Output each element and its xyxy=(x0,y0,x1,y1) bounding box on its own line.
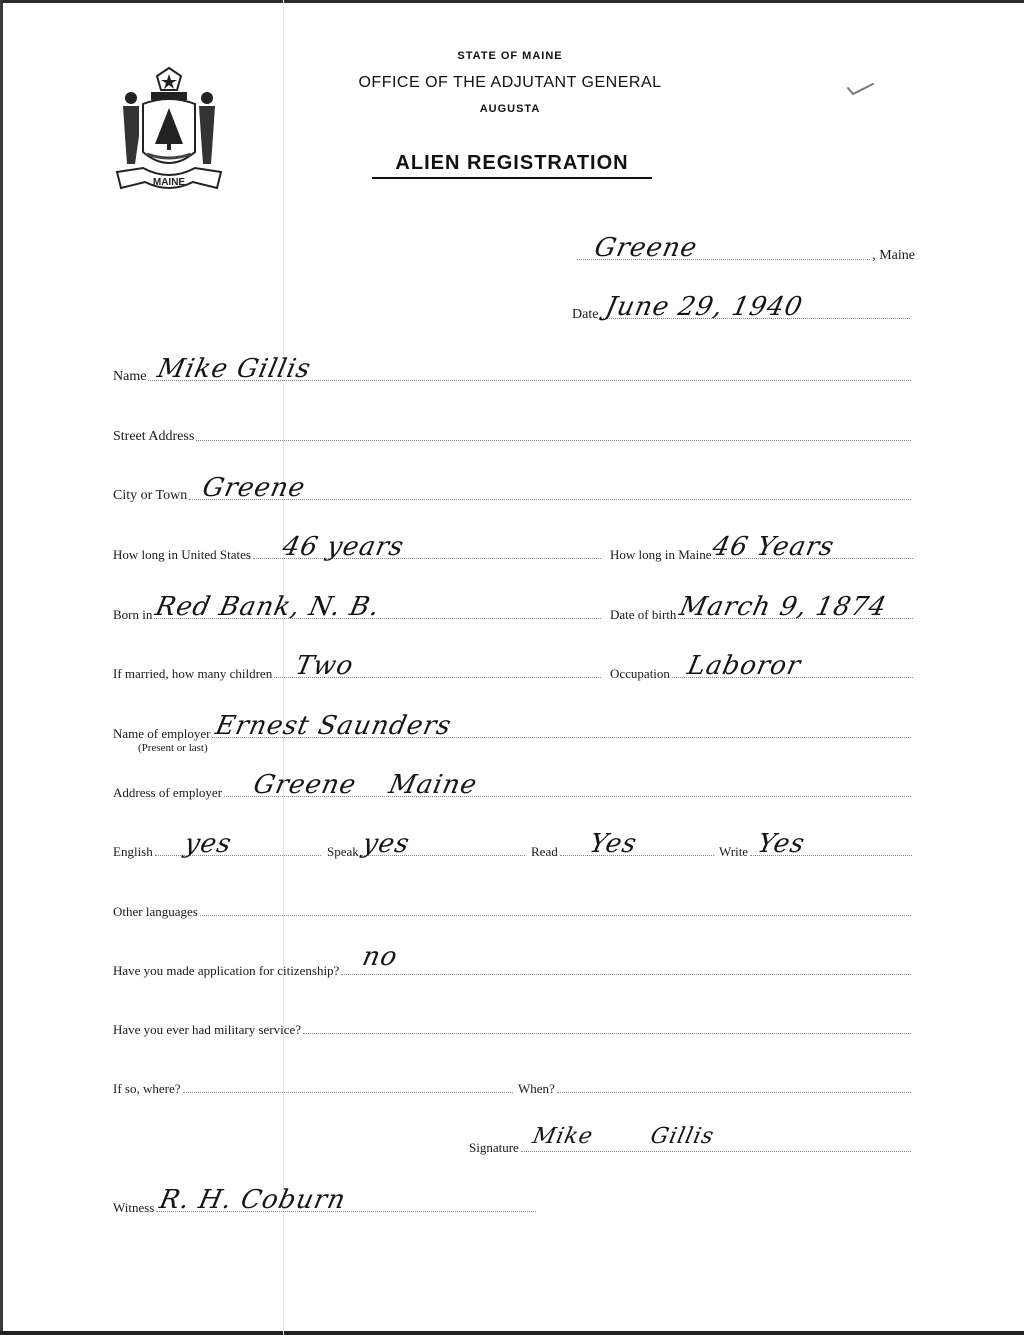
when-label: When? xyxy=(518,1081,555,1097)
born-in-value: Red Bank, N. B. xyxy=(153,592,383,622)
other-languages-label: Other languages xyxy=(113,904,198,920)
header-city: AUGUSTA xyxy=(330,103,690,115)
city-label: City or Town xyxy=(113,488,187,504)
signature-value: Mike Gillis xyxy=(530,1124,716,1149)
check-icon xyxy=(845,78,877,98)
name-field: Name Mike Gillis xyxy=(113,369,913,385)
read-label: Read xyxy=(531,844,558,860)
speak-label: Speak xyxy=(327,844,359,860)
english-field: English yes xyxy=(113,844,323,860)
place-value: Greene xyxy=(592,233,700,263)
write-label: Write xyxy=(719,844,748,860)
children-field: If married, how many children Two xyxy=(113,666,603,682)
header-state: STATE OF MAINE xyxy=(330,50,690,62)
date-of-birth-value: March 9, 1874 xyxy=(677,592,890,622)
date-label: Date xyxy=(572,307,598,323)
born-in-field: Born in Red Bank, N. B. xyxy=(113,607,603,623)
employer-address-field: Address of employer Greene Maine xyxy=(113,785,913,801)
date-field: Date June 29, 1940 xyxy=(572,307,912,323)
signature-field: Signature Mike Gillis xyxy=(469,1140,913,1156)
occupation-label: Occupation xyxy=(610,666,670,682)
city-field: City or Town Greene xyxy=(113,488,913,504)
header-office: OFFICE OF THE ADJUTANT GENERAL xyxy=(330,74,690,92)
city-value: Greene xyxy=(200,473,308,503)
signature-label: Signature xyxy=(469,1140,519,1156)
where-label: If so, where? xyxy=(113,1081,181,1097)
read-field: Read Yes xyxy=(531,844,716,860)
read-value: Yes xyxy=(587,829,640,859)
place-field: Greene , Maine xyxy=(575,248,915,264)
english-label: English xyxy=(113,844,153,860)
speak-value: yes xyxy=(360,829,413,859)
english-value: yes xyxy=(182,829,235,859)
write-value: Yes xyxy=(755,829,808,859)
how-long-maine-label: How long in Maine xyxy=(610,547,711,563)
citizenship-label: Have you made application for citizenshi… xyxy=(113,963,339,979)
svg-text:MAINE: MAINE xyxy=(153,177,186,188)
write-field: Write Yes xyxy=(719,844,914,860)
date-value: June 29, 1940 xyxy=(603,292,806,322)
citizenship-value: no xyxy=(360,942,401,972)
date-of-birth-field: Date of birth March 9, 1874 xyxy=(610,607,915,623)
born-in-label: Born in xyxy=(113,607,152,623)
how-long-us-label: How long in United States xyxy=(113,547,251,563)
where-field: If so, where? xyxy=(113,1081,515,1097)
witness-value: R. H. Coburn xyxy=(157,1185,349,1215)
employer-address-value: Greene Maine xyxy=(251,770,480,800)
street-address-label: Street Address xyxy=(113,429,194,445)
employer-name-label: Name of employer xyxy=(113,726,210,742)
children-value: Two xyxy=(293,651,357,681)
employer-name-value: Ernest Saunders xyxy=(213,711,455,741)
witness-field: Witness R. H. Coburn xyxy=(113,1200,538,1216)
employer-name-field: Name of employer Ernest Saunders xyxy=(113,726,913,742)
state-of-maine-seal-icon: MAINE xyxy=(113,64,225,194)
military-label: Have you ever had military service? xyxy=(113,1022,301,1038)
how-long-us-field: How long in United States 46 years xyxy=(113,547,603,563)
scan-border-bottom xyxy=(0,1331,1024,1335)
speak-field: Speak yes xyxy=(327,844,527,860)
date-of-birth-label: Date of birth xyxy=(610,607,676,623)
how-long-maine-field: How long in Maine 46 Years xyxy=(610,547,915,563)
employer-name-sublabel: (Present or last) xyxy=(138,742,208,754)
children-label: If married, how many children xyxy=(113,666,272,682)
employer-address-label: Address of employer xyxy=(113,785,222,801)
military-field: Have you ever had military service? xyxy=(113,1022,913,1038)
how-long-us-value: 46 years xyxy=(280,532,407,562)
citizenship-field: Have you made application for citizenshi… xyxy=(113,963,913,979)
when-field: When? xyxy=(518,1081,913,1097)
scan-border-left xyxy=(0,0,3,1335)
place-suffix: , Maine xyxy=(872,248,915,264)
occupation-value: Laboror xyxy=(685,651,804,681)
other-languages-field: Other languages xyxy=(113,904,913,920)
scan-border-top xyxy=(0,0,1024,3)
occupation-field: Occupation Laboror xyxy=(610,666,915,682)
name-value: Mike Gillis xyxy=(155,354,314,384)
street-address-field: Street Address xyxy=(113,429,913,445)
form-title: ALIEN REGISTRATION xyxy=(372,152,652,179)
witness-label: Witness xyxy=(113,1200,154,1216)
name-label: Name xyxy=(113,369,146,385)
how-long-maine-value: 46 Years xyxy=(710,532,837,562)
